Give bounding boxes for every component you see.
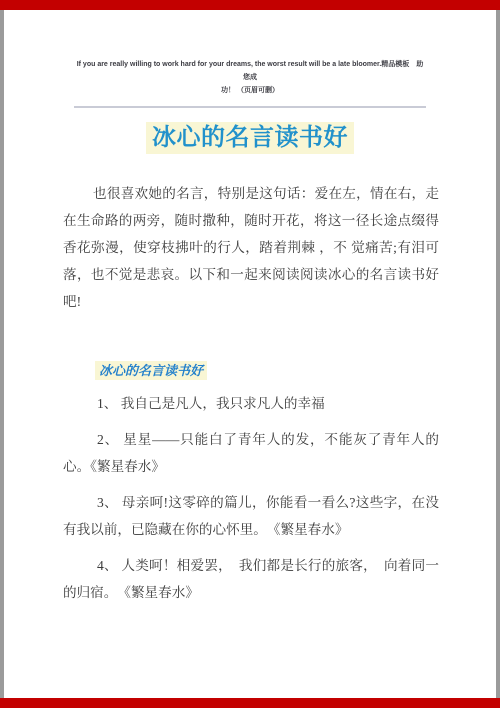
header-line-1: If you are really willing to work hard f…: [74, 58, 426, 84]
document-page: If you are really willing to work hard f…: [0, 0, 500, 708]
quote-item-2: 2、 星星——只能白了青年人的发，不能灰了青年人的心。《繁星春水》: [63, 426, 439, 480]
quote-item-4: 4、 人类呵！相爱罢， 我们都是长行的旅客， 向着同一的归宿。 《繁星春水》: [63, 552, 439, 606]
page-header: If you are really willing to work hard f…: [74, 58, 426, 97]
document-body: 也很喜欢她的名言，特别是这句话：爱在左，情在右，走在生命路的两旁，随时撒种，随时…: [63, 180, 439, 606]
bottom-red-bar: [0, 698, 500, 708]
section-heading-text: 冰心的名言读书好: [95, 361, 207, 380]
header-divider: [74, 106, 426, 108]
quote-item-1: 1、 我自己是凡人，我只求凡人的幸福: [63, 390, 439, 417]
page-title: 冰心的名言读书好: [0, 120, 500, 156]
quote-item-3: 3、 母亲呵!这零碎的篇儿，你能看一看么?这些字，在没有我以前，已隐藏在你的心怀…: [63, 489, 439, 543]
top-red-bar: [0, 0, 500, 10]
intro-paragraph: 也很喜欢她的名言，特别是这句话：爱在左，情在右，走在生命路的两旁，随时撒种，随时…: [63, 180, 439, 315]
right-edge-strip: [496, 10, 500, 698]
section-heading: 冰心的名言读书好: [95, 361, 439, 381]
left-edge-strip: [0, 10, 4, 698]
header-line-2: 功！ （页眉可删）: [74, 84, 426, 97]
page-title-text: 冰心的名言读书好: [146, 122, 354, 154]
